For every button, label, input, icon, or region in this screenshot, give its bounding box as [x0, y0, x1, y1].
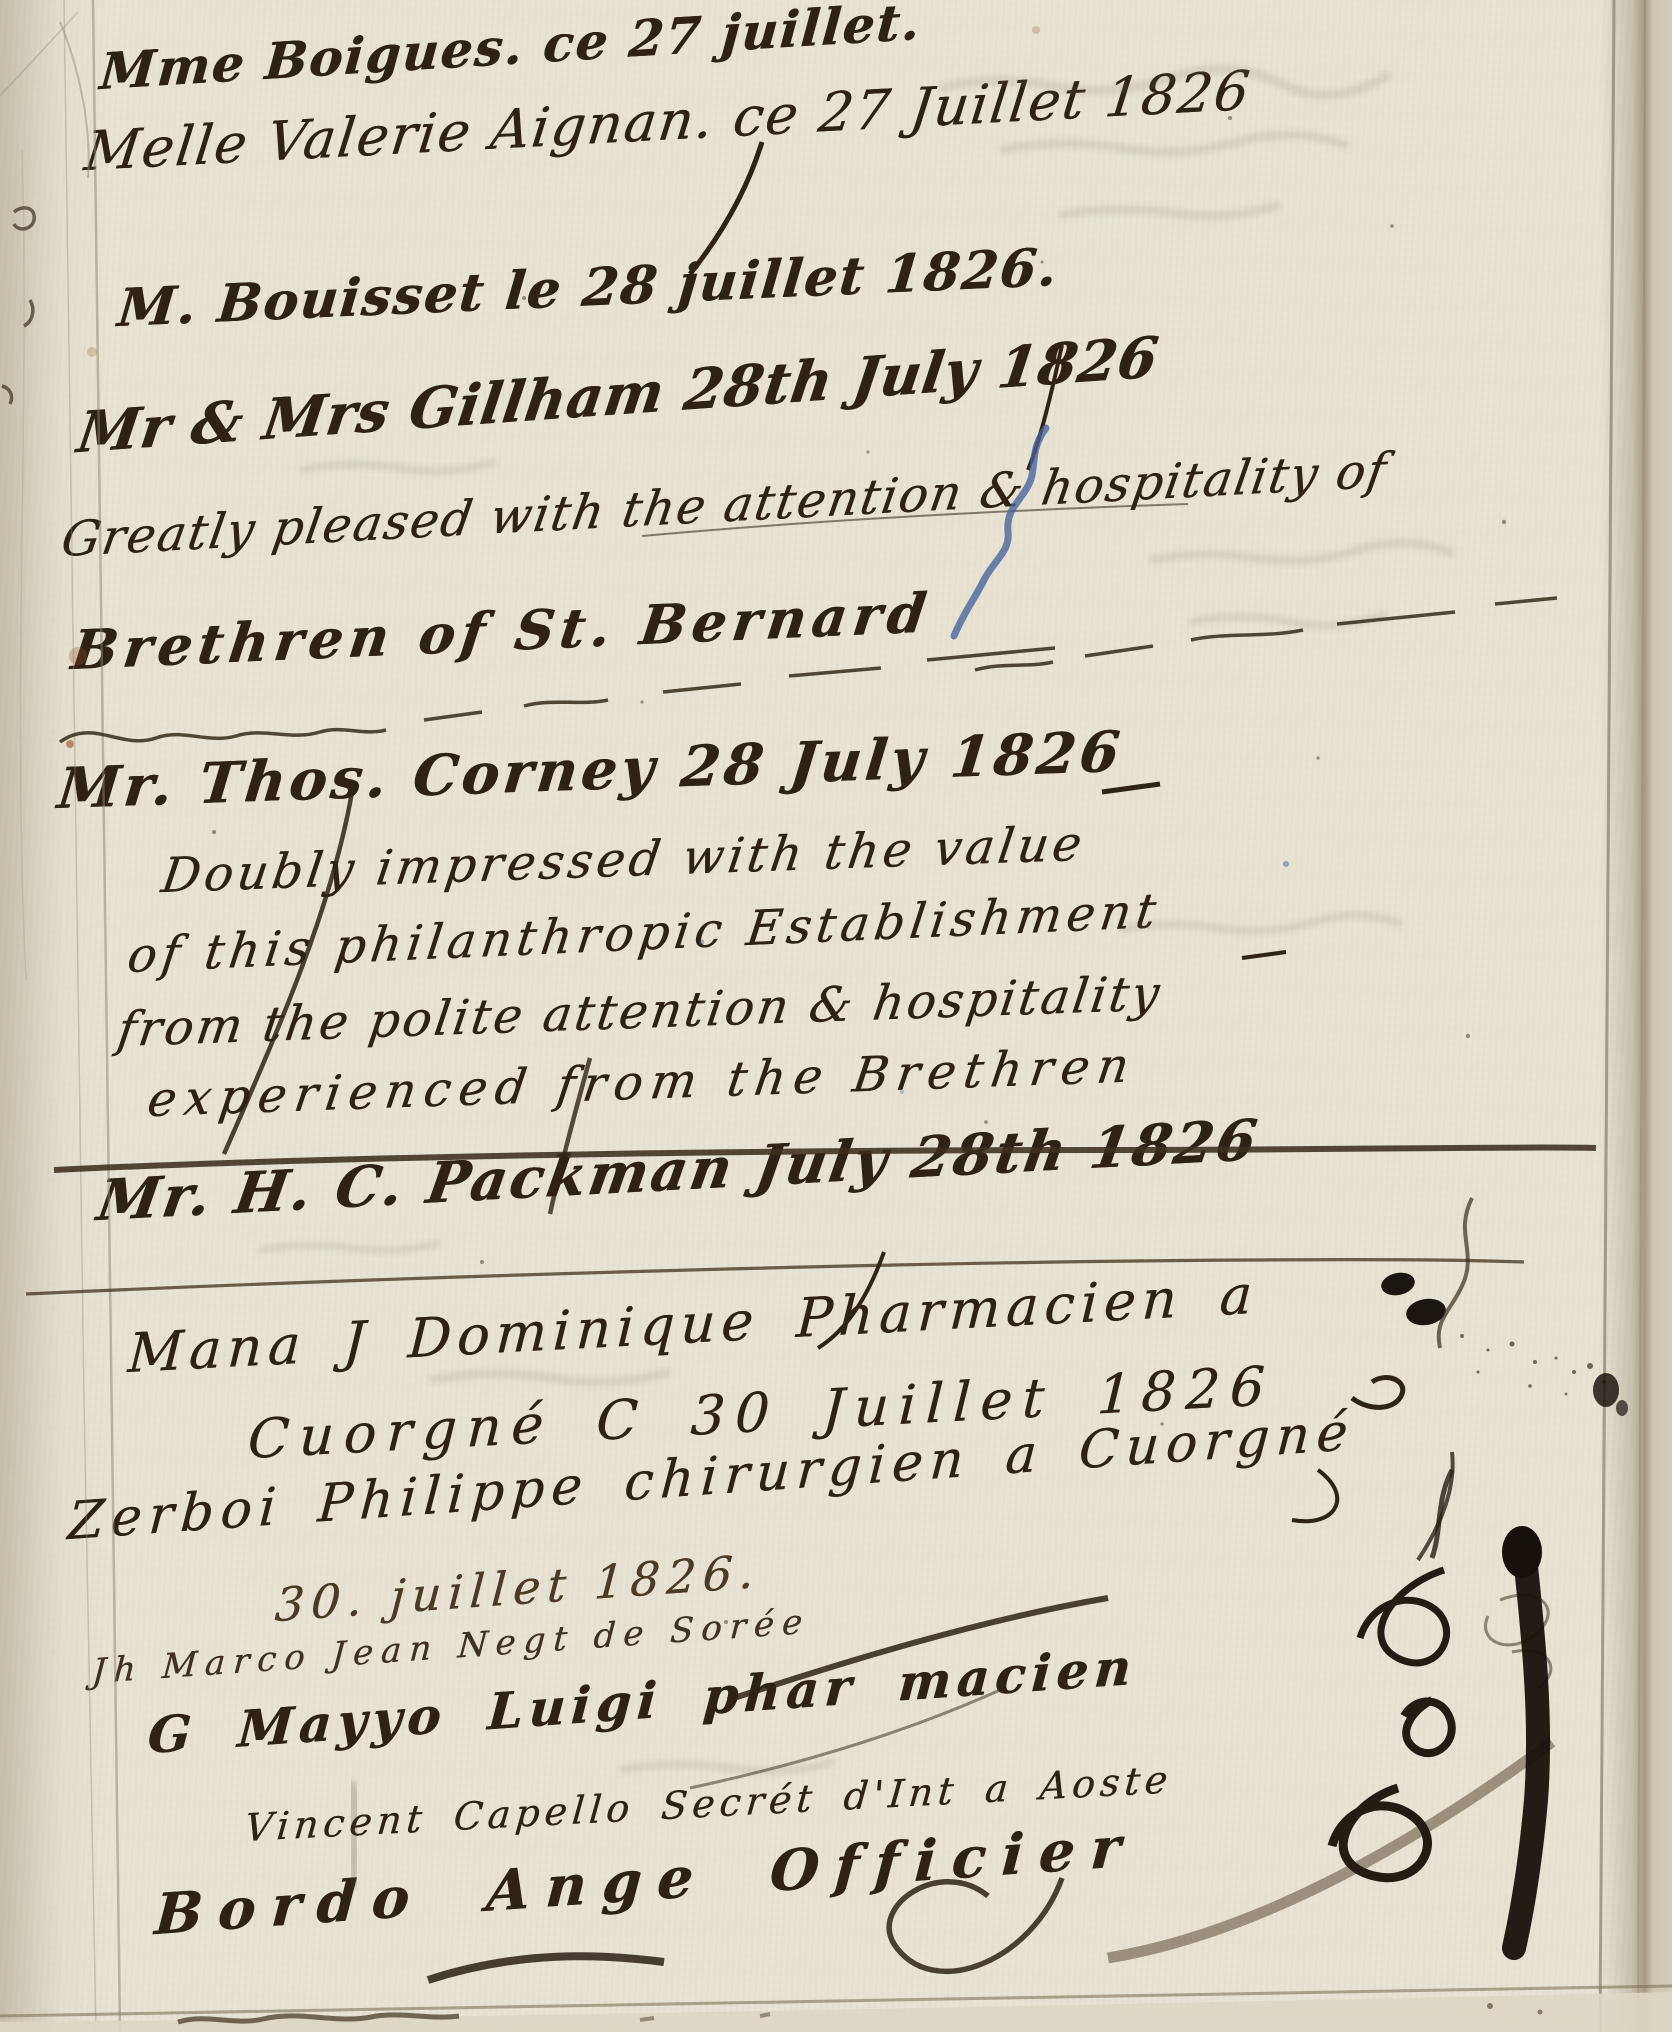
guestbook-page: Mme Boigues. ce 27 juillet. Melle Valeri…	[0, 0, 1672, 2032]
left-page-stack-edge	[0, 0, 110, 2032]
right-gutter	[1600, 0, 1672, 2032]
